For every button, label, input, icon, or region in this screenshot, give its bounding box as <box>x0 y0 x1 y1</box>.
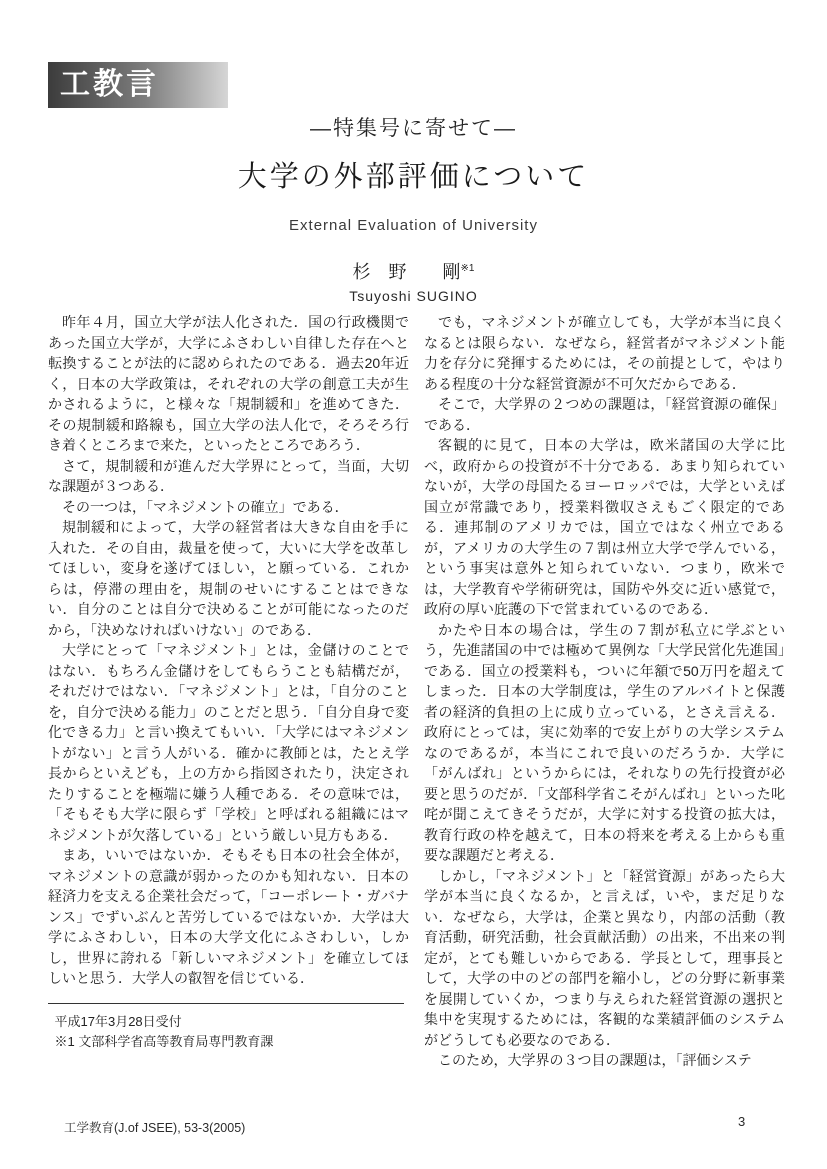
paragraph: その一つは，「マネジメントの確立」である． <box>48 497 409 518</box>
paragraph: かたや日本の場合は，学生の７割が私立に学ぶという，先進諸国の中では極めて異例な「… <box>424 620 785 866</box>
paragraph: さて，規制緩和が進んだ大学界にとって，当面，大切な課題が３つある． <box>48 456 409 497</box>
paragraph: でも，マネジメントが確立しても，大学が本当に良くなるとは限らない．なぜなら，経営… <box>424 312 785 394</box>
received-date: 平成17年3月28日受付 <box>48 1012 409 1032</box>
page-number: 3 <box>738 1114 745 1129</box>
article-title-english: External Evaluation of University <box>0 217 827 234</box>
author-name-romanized: Tsuyoshi SUGINO <box>0 288 827 304</box>
journal-citation: 工学教育(J.of JSEE), 53-3(2005) <box>64 1118 245 1136</box>
author-line: 杉 野 剛※1 <box>0 258 827 284</box>
section-badge: 工教言 <box>48 62 228 108</box>
author-name: 杉 野 剛 <box>353 262 461 282</box>
paragraph: 大学にとって「マネジメント」とは，金儲けのことではない．もちろん金儲けをしてもら… <box>48 640 409 845</box>
paragraph: 規制緩和によって，大学の経営者は大きな自由を手に入れた．その自由，裁量を使って，… <box>48 517 409 640</box>
author-affiliation: ※1 文部科学省高等教育局専門教育課 <box>48 1032 409 1052</box>
paragraph: このため，大学界の３つ目の課題は，「評価システ <box>424 1050 785 1071</box>
author-footnote-marker: ※1 <box>461 263 475 274</box>
left-column: 昨年４月，国立大学が法人化された．国の行政機関であった国立大学が，大学にふさわし… <box>48 312 409 1071</box>
paragraph: まあ，いいではないか．そもそも日本の社会全体が，マネジメントの意識が弱かったのか… <box>48 845 409 989</box>
article-body: 昨年４月，国立大学が法人化された．国の行政機関であった国立大学が，大学にふさわし… <box>48 312 785 1071</box>
footnote-divider <box>48 1003 404 1004</box>
paragraph: 昨年４月，国立大学が法人化された．国の行政機関であった国立大学が，大学にふさわし… <box>48 312 409 456</box>
paragraph: しかし，「マネジメント」と「経営資源」があったら大学が本当に良くなるか，と言えば… <box>424 866 785 1051</box>
article-subtitle: ―特集号に寄せて― <box>0 112 827 142</box>
right-column: でも，マネジメントが確立しても，大学が本当に良くなるとは限らない．なぜなら，経営… <box>424 312 785 1071</box>
article-header: ―特集号に寄せて― 大学の外部評価について External Evaluatio… <box>0 108 827 304</box>
paragraph: そこで，大学界の２つめの課題は，「経営資源の確保」である． <box>424 394 785 435</box>
footnote-block: 平成17年3月28日受付 ※1 文部科学省高等教育局専門教育課 <box>48 1003 409 1052</box>
paragraph: 客観的に見て，日本の大学は，欧米諸国の大学に比べ，政府からの投資が不十分である．… <box>424 435 785 620</box>
article-title: 大学の外部評価について <box>0 154 827 195</box>
journal-page: 工教言 ―特集号に寄せて― 大学の外部評価について External Evalu… <box>0 0 827 1169</box>
